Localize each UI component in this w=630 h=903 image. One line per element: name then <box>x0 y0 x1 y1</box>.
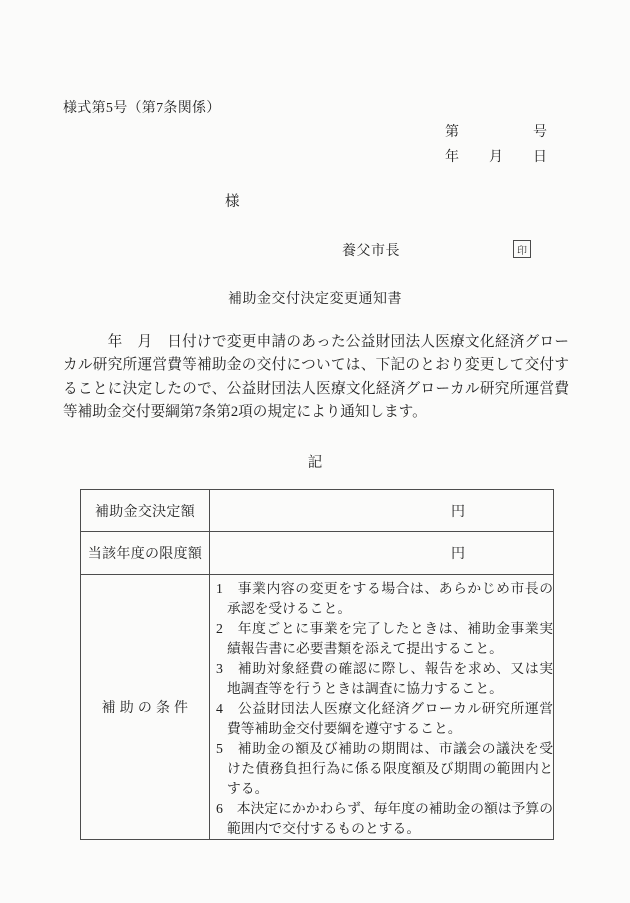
subsidy-table: 補助金交決定額 円 当該年度の限度額 円 補 助 の 条 件 1 事業内容の変更… <box>80 489 554 840</box>
document-title: 補助金交付決定変更通知書 <box>0 288 630 308</box>
date-year-label: 年 <box>445 146 459 166</box>
sender-name: 養父市長 <box>342 240 400 260</box>
condition-item: 1 事業内容の変更をする場合は、あらかじめ市長の承認を受けること。 <box>210 579 553 619</box>
form-number: 様式第5号（第7条関係） <box>63 97 221 117</box>
condition-item: 2 年度ごとに事業を完了したときは、補助金事業実績報告書に必要書類を添えて提出す… <box>210 619 553 659</box>
body-paragraph: 年 月 日付けで変更申請のあった公益財団法人医療文化経済グローカル研究所運営費等… <box>63 331 569 425</box>
grant-amount-value: 円 <box>210 490 554 532</box>
date-day-label: 日 <box>533 146 547 166</box>
conditions-row: 補 助 の 条 件 1 事業内容の変更をする場合は、あらかじめ市長の承認を受ける… <box>81 575 554 840</box>
grant-amount-row: 補助金交決定額 円 <box>81 490 554 532</box>
conditions-label: 補 助 の 条 件 <box>81 575 210 840</box>
document-page: 様式第5号（第7条関係） 第 号 年 月 日 様 養父市長 印 補助金交付決定変… <box>0 0 630 903</box>
grant-amount-label: 補助金交決定額 <box>81 490 210 532</box>
section-marker: 記 <box>0 451 630 472</box>
yearly-limit-value: 円 <box>210 532 554 575</box>
date-month-label: 月 <box>489 146 503 166</box>
date-line: 年 月 日 <box>445 146 547 166</box>
doc-number-line: 第 号 <box>445 121 547 141</box>
condition-item: 6 本決定にかかわらず、毎年度の補助金の額は予算の範囲内で交付するものとする。 <box>210 799 553 839</box>
doc-number-prefix: 第 <box>445 121 459 141</box>
doc-number-unit: 号 <box>533 121 547 141</box>
condition-item: 5 補助金の額及び補助の期間は、市議会の議決を受けた債務負担行為に係る限度額及び… <box>210 739 553 799</box>
condition-item: 4 公益財団法人医療文化経済グローカル研究所運営費等補助金交付要綱を遵守すること… <box>210 699 553 739</box>
addressee-honorific: 様 <box>225 190 240 211</box>
seal-mark: 印 <box>513 240 531 258</box>
yearly-limit-row: 当該年度の限度額 円 <box>81 532 554 575</box>
conditions-cell: 1 事業内容の変更をする場合は、あらかじめ市長の承認を受けること。 2 年度ごと… <box>210 575 554 840</box>
condition-item: 3 補助対象経費の確認に際し、報告を求め、又は実地調査等を行うときは調査に協力す… <box>210 659 553 699</box>
yearly-limit-label: 当該年度の限度額 <box>81 532 210 575</box>
